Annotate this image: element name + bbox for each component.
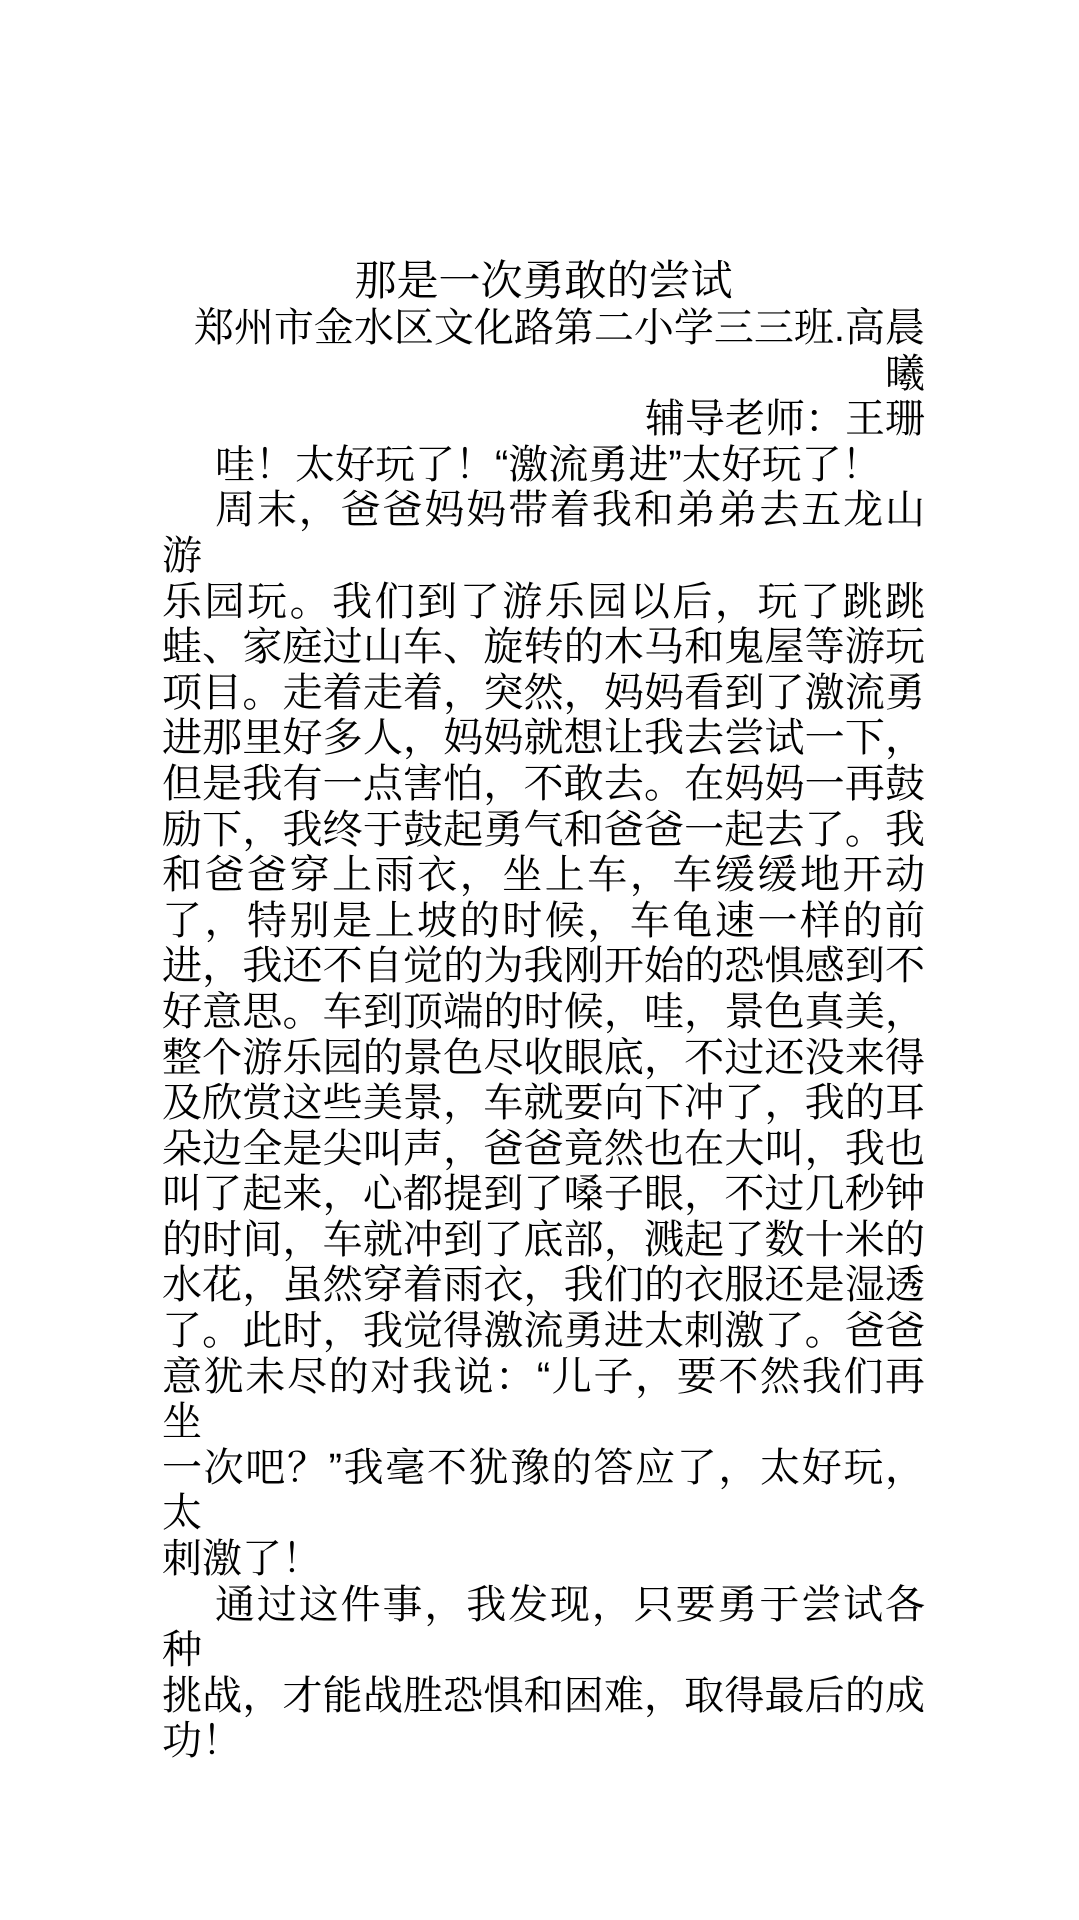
body-line: 项目。走着走着，突然，妈妈看到了激流勇 [162,671,925,717]
body-line: 叫了起来，心都提到了嗓子眼，不过几秒钟 [162,1172,925,1218]
body-line: 周末，爸爸妈妈带着我和弟弟去五龙山游 [162,488,925,579]
essay-page: 那是一次勇敢的尝试 郑州市金水区文化路第二小学三三班.高晨曦 辅导老师：王珊 哇… [162,0,925,1765]
body-line: 及欣赏这些美景，车就要向下冲了，我的耳 [162,1081,925,1127]
body-line: 通过这件事，我发现，只要勇于尝试各种 [162,1583,925,1674]
body-line: 进，我还不自觉的为我刚开始的恐惧感到不 [162,944,925,990]
body-line: 进那里好多人，妈妈就想让我去尝试一下， [162,716,925,762]
body-line: 励下，我终于鼓起勇气和爸爸一起去了。我 [162,808,925,854]
body-line: 蛙、家庭过山车、旋转的木马和鬼屋等游玩 [162,625,925,671]
body-line: 乐园玩。我们到了游乐园以后，玩了跳跳 [162,580,925,626]
body-line: 功！ [162,1719,925,1765]
body-line: 但是我有一点害怕，不敢去。在妈妈一再鼓 [162,762,925,808]
body-line: 整个游乐园的景色尽收眼底，不过还没来得 [162,1036,925,1082]
body-line: 和爸爸穿上雨衣，坐上车，车缓缓地开动 [162,853,925,899]
body-line: 意犹未尽的对我说：“儿子，要不然我们再坐 [162,1355,925,1446]
body-line: 的时间，车就冲到了底部，溅起了数十米的 [162,1218,925,1264]
body-line: 水花，虽然穿着雨衣，我们的衣服还是湿透 [162,1263,925,1309]
body-line: 刺激了！ [162,1537,925,1583]
essay-body: 哇！太好玩了！“激流勇进”太好玩了！周末，爸爸妈妈带着我和弟弟去五龙山游乐园玩。… [162,443,925,1765]
body-line: 挑战，才能战胜恐惧和困难，取得最后的成 [162,1674,925,1720]
body-line: 朵边全是尖叫声，爸爸竟然也在大叫，我也 [162,1127,925,1173]
body-line: 了，特别是上坡的时候，车龟速一样的前 [162,899,925,945]
essay-advisor-line: 辅导老师：王珊 [162,397,925,443]
body-line: 哇！太好玩了！“激流勇进”太好玩了！ [162,443,925,489]
body-line: 好意思。车到顶端的时候，哇，景色真美， [162,990,925,1036]
essay-byline: 郑州市金水区文化路第二小学三三班.高晨曦 [162,306,925,397]
body-line: 了。此时，我觉得激流勇进太刺激了。爸爸 [162,1309,925,1355]
essay-title: 那是一次勇敢的尝试 [162,256,925,306]
body-line: 一次吧？”我毫不犹豫的答应了，太好玩，太 [162,1446,925,1537]
